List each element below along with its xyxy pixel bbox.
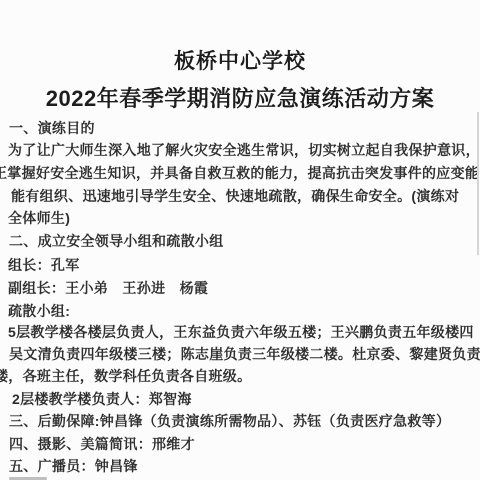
- right-edge-artifact: [477, 112, 479, 255]
- building2-leader-line: 2层楼教学楼负责人：郑智海: [12, 392, 192, 406]
- section1-heading: 一、演练目的: [9, 121, 95, 135]
- deputy-leader-line: 副组长：王小弟 王孙进 杨霞: [8, 281, 208, 295]
- document-title: 2022年春季学期消防应急演练活动方案: [0, 82, 480, 113]
- section3-logistics-line: 三、后勤保障:钟昌锋（负责演练所需物品）、苏钰（负责医疗急救等）: [9, 414, 450, 428]
- evacuation-line-3: 楼，各班主任，数学科任负责各自班级。: [0, 369, 251, 383]
- evacuation-line-2: 吴文清负责四年级楼三楼；陈志崖负责三年级楼二楼。杜京委、黎建贤负责: [9, 347, 480, 361]
- evacuation-group-label: 疏散小组:: [8, 304, 70, 318]
- group-leader-line: 组长：孔军: [8, 258, 80, 272]
- school-name-title: 板桥中心学校: [0, 45, 480, 75]
- purpose-line-2: 正掌握好安全逃生知识，并具备自救互救的能力，提高抗击突发事件的应变能: [0, 166, 479, 180]
- evacuation-line-1: 5层教学楼各楼层负责人，王东益负责六年级五楼；王兴鹏负责五年级楼四: [8, 325, 474, 339]
- section2-heading: 二、成立安全领导小组和疏散小组: [9, 234, 224, 248]
- section5-broadcast-line: 五、广播员：钟昌锋: [9, 459, 138, 473]
- purpose-line-3: 能有组织、迅速地引导学生安全、快速地疏散，确保生命安全。(演练对: [11, 189, 459, 203]
- document-page: 板桥中心学校 2022年春季学期消防应急演练活动方案 一、演练目的 为了让广大师…: [0, 0, 480, 480]
- section4-photo-line: 四、摄影、美篇简讯：邢维才: [9, 437, 195, 451]
- purpose-line-1: 为了让广大师生深入地了解火灾安全逃生常识，切实树立起自我保护意识，: [8, 143, 480, 157]
- purpose-line-4: 全体师生): [8, 211, 70, 225]
